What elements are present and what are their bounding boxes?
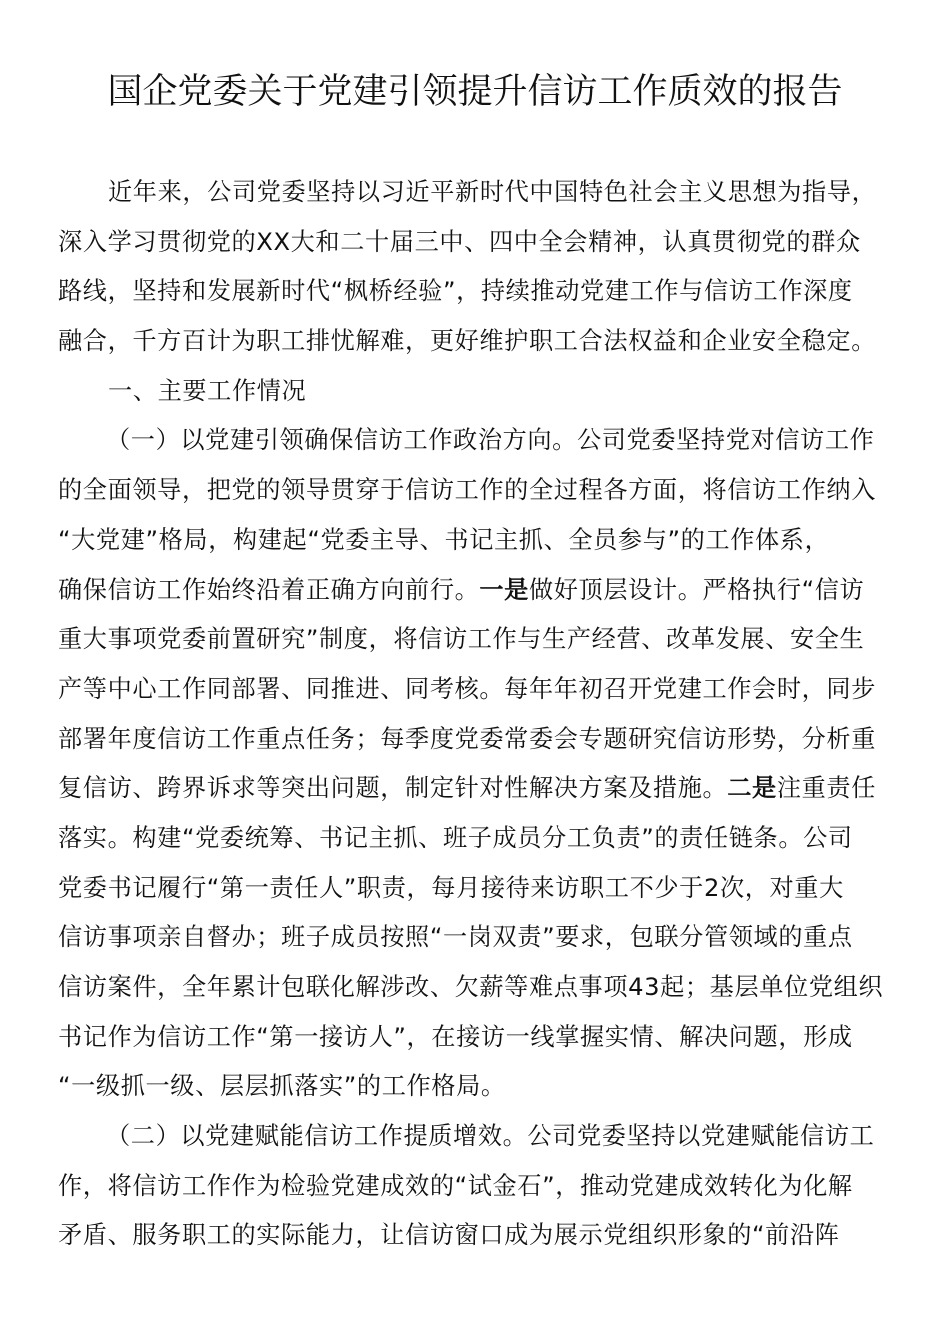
line-text: 确保信访工作始终沿着正确方向前行。 bbox=[58, 576, 479, 604]
document-title: 国企党委关于党建引领提升信访工作质效的报告 bbox=[0, 70, 950, 114]
line-text: 做好顶层设计。严格执行“信访 bbox=[529, 576, 864, 604]
document-body: 近年来，公司党委坚持以习近平新时代中国特色社会主义思想为指导， 深入学习贯彻党的… bbox=[58, 168, 898, 1261]
paragraph-line: 近年来，公司党委坚持以习近平新时代中国特色社会主义思想为指导， bbox=[58, 168, 898, 218]
paragraph-line: 确保信访工作始终沿着正确方向前行。一是做好顶层设计。严格执行“信访 bbox=[58, 566, 898, 616]
paragraph-line: 部署年度信访工作重点任务；每季度党委常委会专题研究信访形势，分析重 bbox=[58, 715, 898, 765]
subsection-heading-line: （二）以党建赋能信访工作提质增效。公司党委坚持以党建赋能信访工 bbox=[58, 1112, 898, 1162]
line-text: 复信访、跨界诉求等突出问题，制定针对性解决方案及措施。 bbox=[58, 774, 727, 802]
paragraph-line: 路线，坚持和发展新时代“枫桥经验”，持续推动党建工作与信访工作深度 bbox=[58, 267, 898, 317]
paragraph-line: 深入学习贯彻党的XX大和二十届三中、四中全会精神，认真贯彻党的群众 bbox=[58, 218, 898, 268]
paragraph-line: 信访案件，全年累计包联化解涉改、欠薪等难点事项43起；基层单位党组织 bbox=[58, 963, 898, 1013]
paragraph-line: “大党建”格局，构建起“党委主导、书记主抓、全员参与”的工作体系， bbox=[58, 516, 898, 566]
line-text: 注重责任 bbox=[777, 774, 876, 802]
section-heading: 一、主要工作情况 bbox=[58, 367, 898, 417]
paragraph-line: 党委书记履行“第一责任人”职责，每月接待来访职工不少于2次，对重大 bbox=[58, 864, 898, 914]
paragraph-line: 落实。构建“党委统筹、书记主抓、班子成员分工负责”的责任链条。公司 bbox=[58, 814, 898, 864]
paragraph-line: 的全面领导，把党的领导贯穿于信访工作的全过程各方面，将信访工作纳入 bbox=[58, 466, 898, 516]
paragraph-line: 融合，千方百计为职工排忧解难，更好维护职工合法权益和企业安全稳定。 bbox=[58, 317, 898, 367]
bold-keyword: 二是 bbox=[727, 774, 777, 802]
document-page: 国企党委关于党建引领提升信访工作质效的报告 近年来，公司党委坚持以习近平新时代中… bbox=[0, 0, 950, 1344]
subsection-heading-line: （一）以党建引领确保信访工作政治方向。公司党委坚持党对信访工作 bbox=[58, 416, 898, 466]
paragraph-line: 信访事项亲自督办；班子成员按照“一岗双责”要求，包联分管领域的重点 bbox=[58, 913, 898, 963]
paragraph-line: 重大事项党委前置研究”制度，将信访工作与生产经营、改革发展、安全生 bbox=[58, 615, 898, 665]
bold-keyword: 一是 bbox=[479, 576, 529, 604]
paragraph-line: 矛盾、服务职工的实际能力，让信访窗口成为展示党组织形象的“前沿阵 bbox=[58, 1211, 898, 1261]
paragraph-line: 产等中心工作同部署、同推进、同考核。每年年初召开党建工作会时，同步 bbox=[58, 665, 898, 715]
paragraph-line: 书记作为信访工作“第一接访人”，在接访一线掌握实情、解决问题，形成 bbox=[58, 1013, 898, 1063]
paragraph-line: “一级抓一级、层层抓落实”的工作格局。 bbox=[58, 1062, 898, 1112]
paragraph-line: 作，将信访工作作为检验党建成效的“试金石”，推动党建成效转化为化解 bbox=[58, 1162, 898, 1212]
paragraph-line: 复信访、跨界诉求等突出问题，制定针对性解决方案及措施。二是注重责任 bbox=[58, 764, 898, 814]
